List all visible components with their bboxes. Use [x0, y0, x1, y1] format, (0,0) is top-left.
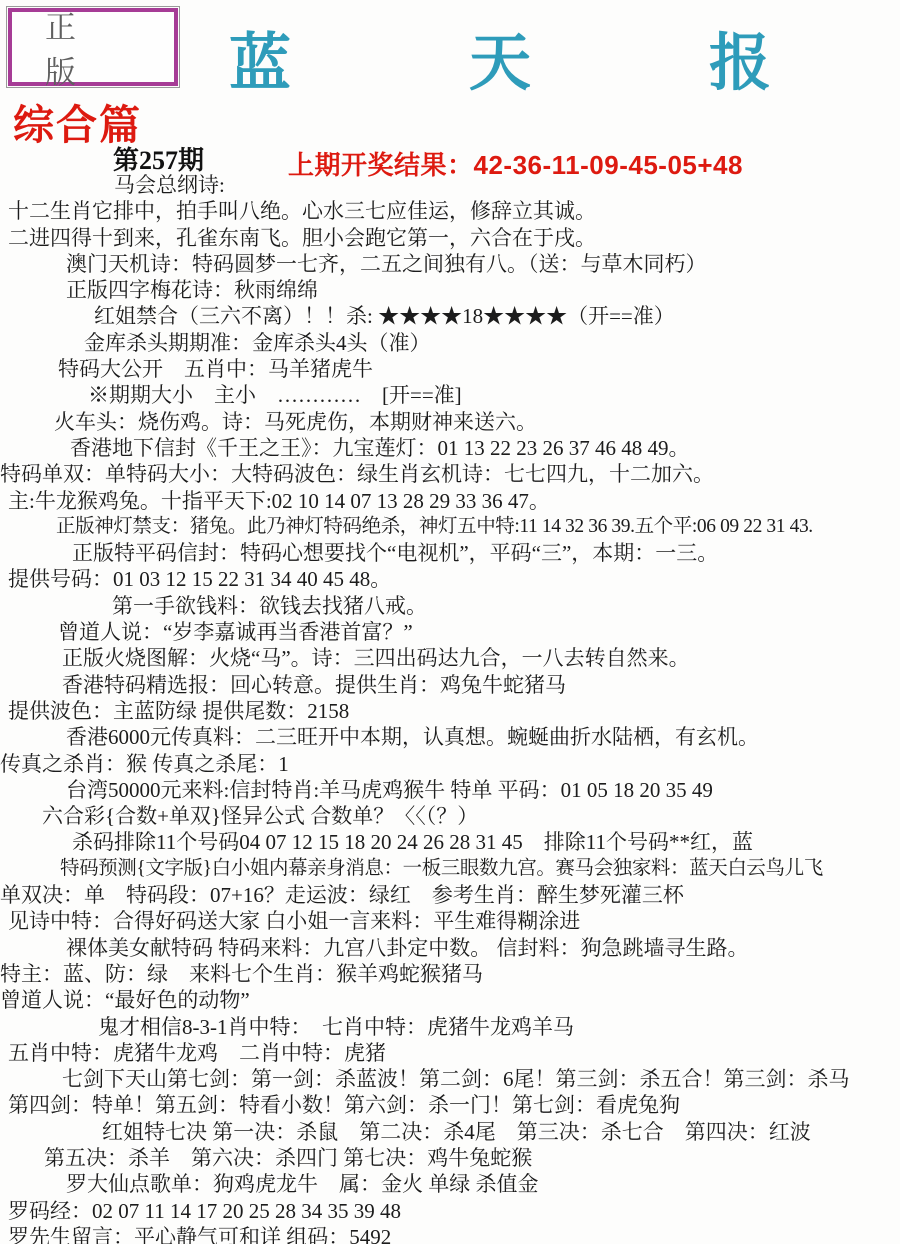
text-line: 七剑下天山第七剑：第一剑：杀蓝波！第二剑：6尾！第三剑：杀五合！第三剑：杀马 — [0, 1066, 900, 1092]
text-line: 罗先生留言：平心静气可和详 组码：5492 — [0, 1224, 900, 1244]
text-line: 六合彩{合数+单双}怪异公式 合数单？〈〈（？） — [0, 803, 900, 829]
text-line: 裸体美女献特码 特码来料：九宫八卦定中数。 信封料：狗急跳墙寻生路。 — [0, 935, 900, 961]
text-line: 特码单双：单特码大小：大特码波色：绿生肖玄机诗：七七四九，十二加六。 — [0, 461, 900, 487]
text-line: 提供波色：主蓝防绿 提供尾数：2158 — [0, 698, 900, 724]
text-line: 香港6000元传真料：二三旺开中本期，认真想。蜿蜒曲折水陆栖，有玄机。 — [0, 724, 900, 750]
text-line: 特主：蓝、防：绿 来料七个生肖：猴羊鸡蛇猴猪马 — [0, 961, 900, 987]
text-line: 杀码排除11个号码04 07 12 15 18 20 24 26 28 31 4… — [0, 829, 900, 855]
text-line: 金库杀头期期准：金库杀头4头（准） — [0, 330, 900, 356]
text-line: 台湾50000元来料:信封特肖:羊马虎鸡猴牛 特单 平码：01 05 18 20… — [0, 777, 900, 803]
text-line: 特码大公开 五肖中：马羊猪虎牛 — [0, 356, 900, 382]
text-line: 二进四得十到来，孔雀东南飞。胆小会跑它第一，六合在于戌。 — [0, 225, 900, 251]
text-line: 提供号码：01 03 12 15 22 31 34 40 45 48。 — [0, 566, 900, 592]
text-line: 曾道人说：“岁李嘉诚再当香港首富？” — [0, 619, 900, 645]
page-title: 蓝 天 报 — [150, 14, 850, 100]
newspaper-page: 正 版 蓝 天 报 综合篇 第257期 上期开奖结果：42-36-11-09-4… — [0, 0, 900, 1244]
text-line: 第一手欲钱料：欲钱去找猪八戒。 — [0, 593, 900, 619]
text-line: 香港特码精选报：回心转意。提供生肖：鸡兔牛蛇猪马 — [0, 672, 900, 698]
text-line: 十二生肖它排中，拍手叫八绝。心水三七应佳运，修辞立其诚。 — [0, 198, 900, 224]
text-line: 火车头：烧伤鸡。诗：马死虎伤，本期财神来送六。 — [0, 409, 900, 435]
text-line: 五肖中特：虎猪牛龙鸡 二肖中特：虎猪 — [0, 1040, 900, 1066]
text-line: 正版四字梅花诗：秋雨绵绵 — [0, 277, 900, 303]
text-line: 特码预测{文字版}白小姐内幕亲身消息：一板三眼数九宫。赛马会独家料：蓝天白云鸟儿… — [0, 856, 900, 882]
text-line: 罗大仙点歌单：狗鸡虎龙牛 属：金火 单绿 杀值金 — [0, 1171, 900, 1197]
text-line: 第五决：杀羊 第六决：杀四门 第七决：鸡牛兔蛇猴 — [0, 1145, 900, 1171]
body-lines: 马会总纲诗:十二生肖它排中，拍手叫八绝。心水三七应佳运，修辞立其诚。二进四得十到… — [0, 172, 900, 1244]
text-line: 主:牛龙猴鸡兔。十指平天下:02 10 14 07 13 28 29 33 36… — [0, 488, 900, 514]
text-line: 香港地下信封《千王之王》：九宝莲灯：01 13 22 23 26 37 46 4… — [0, 435, 900, 461]
text-line: 罗码经：02 07 11 14 17 20 25 28 34 35 39 48 — [0, 1198, 900, 1224]
text-line: 正版火烧图解：火烧“马”。诗：三四出码达九合，一八去转自然来。 — [0, 645, 900, 671]
text-line: 正版特平码信封：特码心想要找个“电视机”，平码“三”，本期：一三。 — [0, 540, 900, 566]
text-line: 传真之杀肖：猴 传真之杀尾：1 — [0, 751, 900, 777]
text-line: ※期期大小 主小 ………… [开==准] — [0, 382, 900, 408]
text-line: 见诗中特：合得好码送大家 白小姐一言来料：平生难得糊涂进 — [0, 908, 900, 934]
text-line: 第四剑：特单！第五剑：特看小数！第六剑：杀一门！第七剑：看虎兔狗 — [0, 1092, 900, 1118]
text-line: 鬼才相信8-3-1肖中特： 七肖中特：虎猪牛龙鸡羊马 — [0, 1014, 900, 1040]
text-line: 曾道人说：“最好色的动物” — [0, 987, 900, 1013]
text-line: 红姐禁合（三六不离）！！杀: ★★★★18★★★★（开==准） — [0, 303, 900, 329]
text-line: 澳门天机诗：特码圆梦一七齐，二五之间独有八。（送：与草木同朽） — [0, 251, 900, 277]
text-line: 正版神灯禁支：猪兔。此乃神灯特码绝杀，神灯五中特:11 14 32 36 39.… — [0, 514, 900, 540]
text-line: 马会总纲诗: — [0, 172, 900, 198]
text-line: 红姐特七决 第一决：杀鼠 第二决：杀4尾 第三决：杀七合 第四决：红波 — [0, 1119, 900, 1145]
text-line: 单双决：单 特码段：07+16？走运波：绿红 参考生肖：醉生梦死灌三杯 — [0, 882, 900, 908]
